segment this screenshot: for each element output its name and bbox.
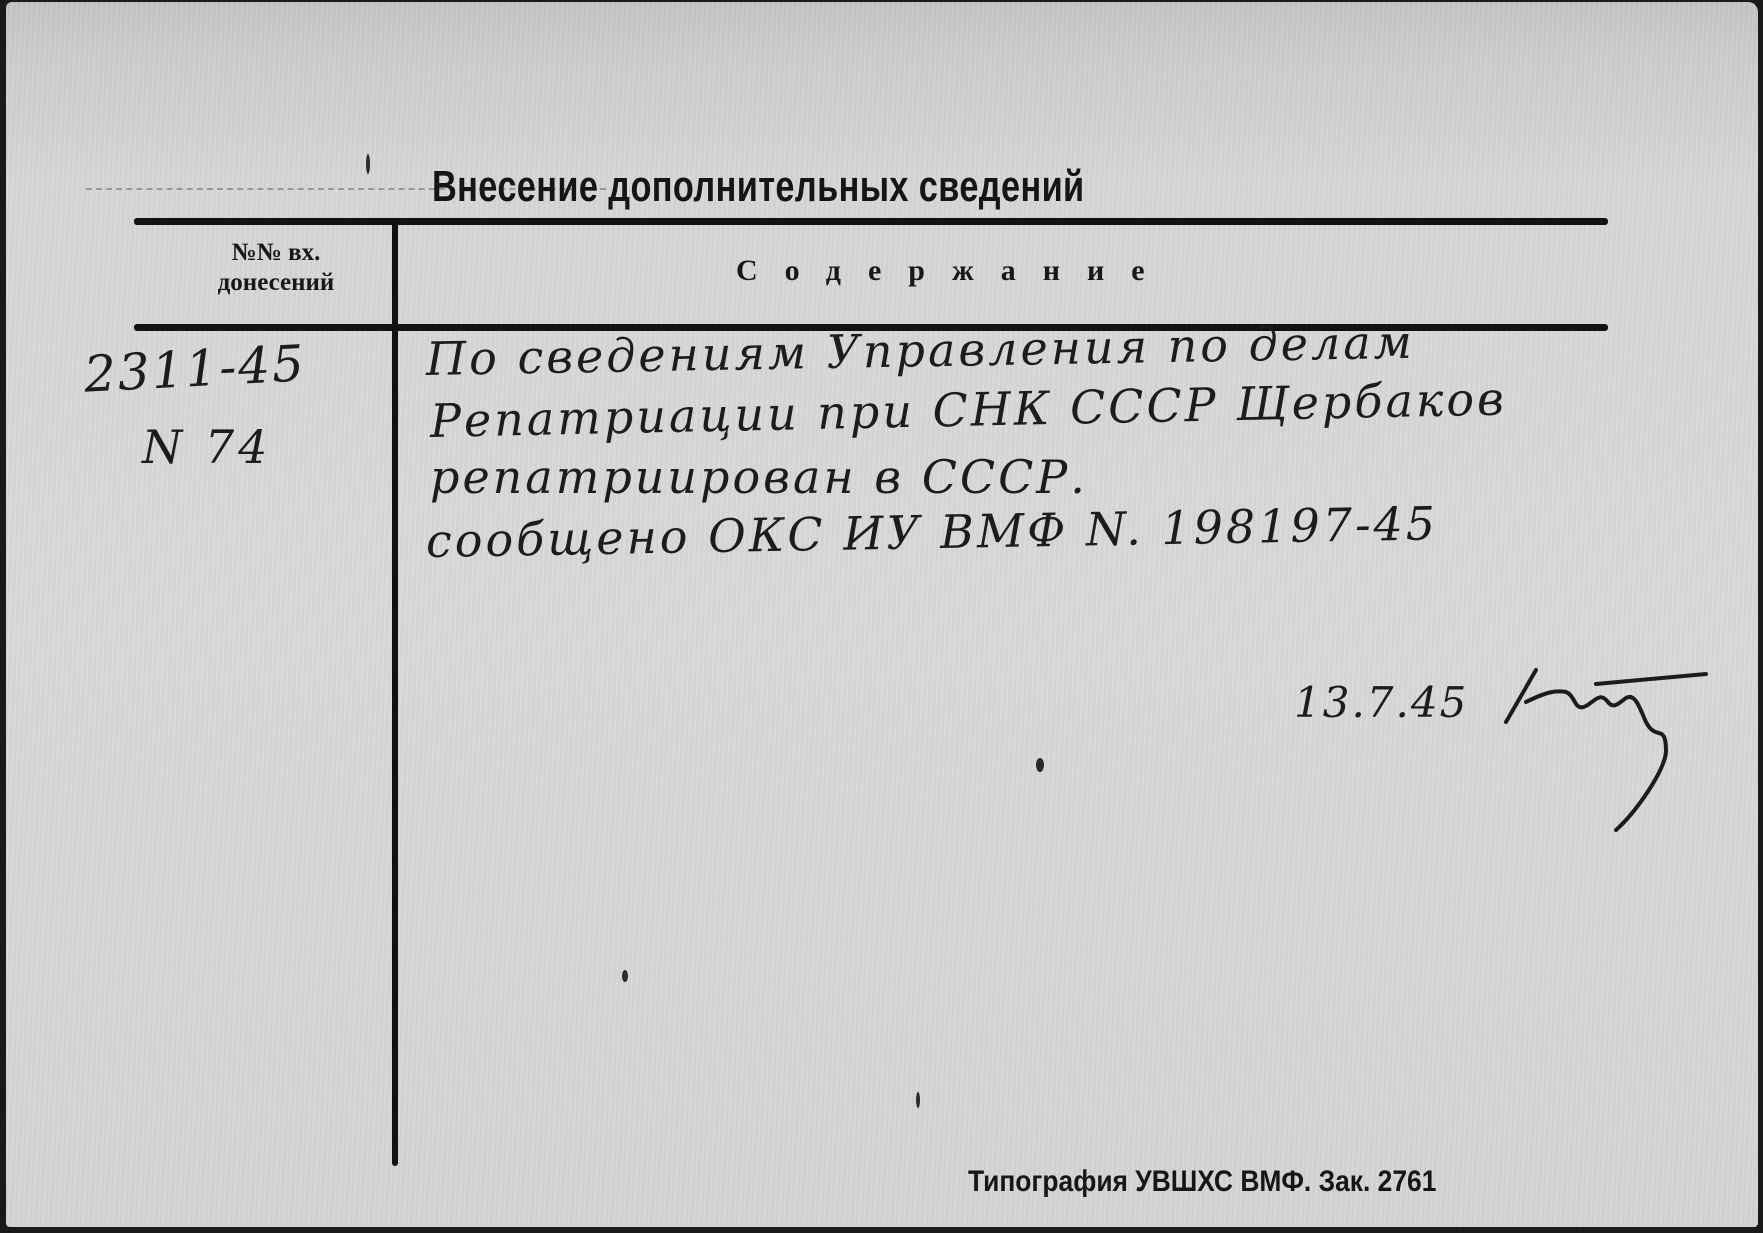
ink-speck [916,1092,920,1108]
incoming-report-number: 2311-45 [83,334,307,404]
entry-date: 13.7.45 [1294,678,1468,727]
content-line-3: репатриирован в СССР. [430,450,1088,504]
column-header-content: Содержание [736,254,1172,288]
column-header-reports-line1: №№ вх. [166,238,386,268]
record-card: Внесение дополнительных сведений №№ вх. … [6,2,1758,1227]
table-top-rule [134,218,1608,225]
ink-speck [622,970,628,982]
ink-speck [1036,758,1044,772]
ink-speck [366,154,370,174]
column-header-reports-line2: донесений [166,268,386,298]
printer-imprint: Типография УВШХС ВМФ. Зак. 2761 [968,1165,1436,1199]
entry-number: N 74 [142,420,271,474]
column-divider [392,222,398,1166]
content-line-4: сообщено ОКС ИУ ВМФ N. 198197-45 [426,496,1439,568]
card-heading: Внесение дополнительных сведений [432,162,1085,212]
signature-icon [1496,662,1716,842]
column-header-reports: №№ вх. донесений [166,238,386,298]
